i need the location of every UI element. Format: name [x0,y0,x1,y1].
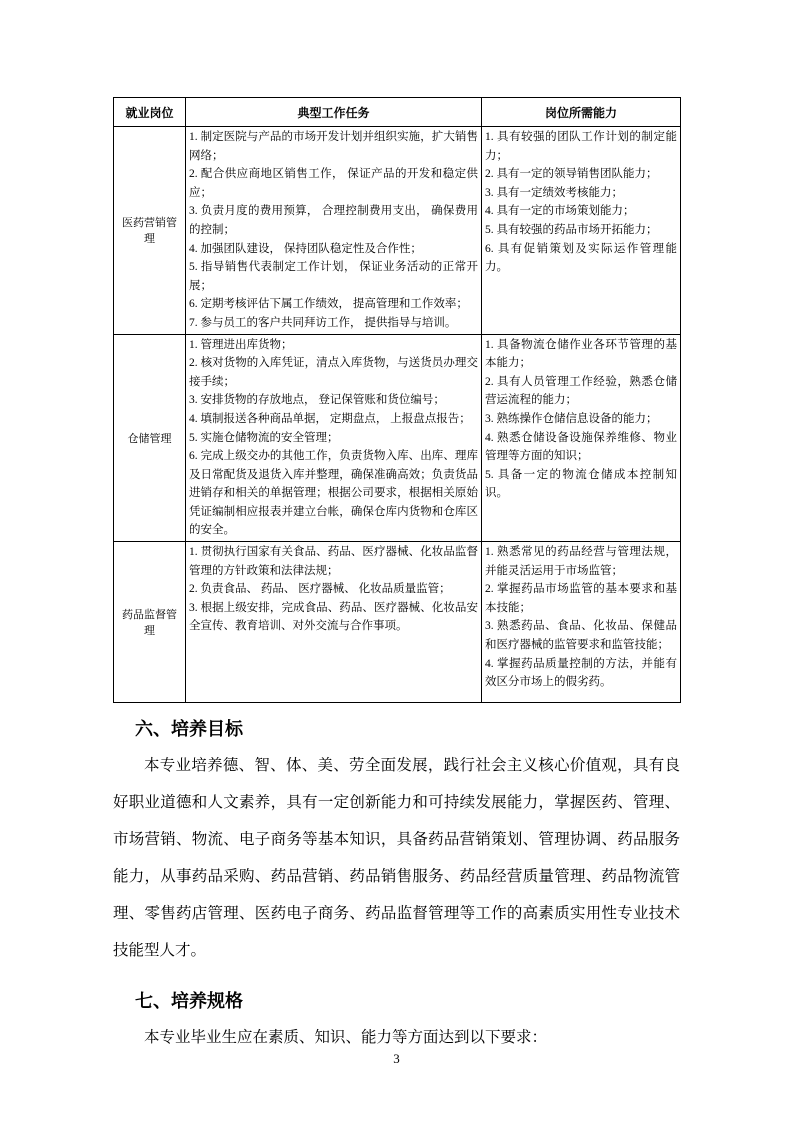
col-header-abilities: 岗位所需能力 [482,98,681,127]
section-heading-training-specifications: 七、培养规格 [135,989,680,1013]
ability-item: 4. 熟悉仓储设备设施保养维修、物业管理等方面的知识； [485,429,677,466]
task-item: 3. 安排货物的存放地点， 登记保管账和货位编号； [189,391,478,410]
ability-item: 6. 具有促销策划及实际运作管理能力。 [485,240,677,277]
position-cell: 仓储管理 [114,334,186,542]
task-item: 6. 完成上级交办的其他工作，负责货物入库、出库、理库及日常配货及退货入库并整理… [189,447,478,540]
ability-item: 3. 具有一定绩效考核能力； [485,184,677,203]
task-item: 7. 参与员工的客户共同拜访工作， 提供指导与培训。 [189,314,478,333]
table-row: 仓储管理 1. 管理进出库货物； 2. 核对货物的入库凭证，清点入库货物，与送货… [114,334,681,542]
ability-item: 2. 具有一定的领导销售团队能力； [485,165,677,184]
task-item: 2. 核对货物的入库凭证，清点入库货物，与送货员办理交接手续； [189,354,478,391]
ability-item: 4. 具有一定的市场策划能力； [485,202,677,221]
tasks-cell: 1. 贯彻执行国家有关食品、药品、医疗器械、化妆品监督管理的方针政策和法律法规；… [186,542,482,703]
page-number: 3 [0,1051,793,1067]
ability-item: 1. 熟悉常见的药品经营与管理法规，并能灵活运用于市场监管； [485,543,677,580]
col-header-position: 就业岗位 [114,98,186,127]
section-heading-training-objectives: 六、培养目标 [135,717,680,741]
ability-item: 1. 具备物流仓储作业各环节管理的基本能力； [485,336,677,373]
ability-item: 3. 熟悉药品、食品、化妆品、保健品和医疗器械的监管要求和监管技能； [485,617,677,654]
table-header-row: 就业岗位 典型工作任务 岗位所需能力 [114,98,681,127]
abilities-cell: 1. 熟悉常见的药品经营与管理法规，并能灵活运用于市场监管； 2. 掌握药品市场… [482,542,681,703]
table-row: 药品监督管理 1. 贯彻执行国家有关食品、药品、医疗器械、化妆品监督管理的方针政… [114,542,681,703]
task-item: 3. 根据上级安排，完成食品、药品、医疗器械、化妆品安全宣传、教育培训、对外交流… [189,599,478,636]
task-item: 1. 管理进出库货物； [189,336,478,355]
ability-item: 4. 掌握药品质量控制的方法，并能有效区分市场上的假劣药。 [485,655,677,692]
ability-item: 2. 具有人员管理工作经验，熟悉仓储营运流程的能力； [485,373,677,410]
position-cell: 药品监督管理 [114,542,186,703]
tasks-cell: 1. 管理进出库货物； 2. 核对货物的入库凭证，清点入库货物，与送货员办理交接… [186,334,482,542]
ability-item: 3. 熟练操作仓储信息设备的能力； [485,410,677,429]
task-item: 4. 填制报送各种商品单据， 定期盘点， 上报盘点报告； [189,410,478,429]
table-row: 医药营销管理 1. 制定医院与产品的市场开发计划并组织实施，扩大销售网络； 2.… [114,127,681,335]
ability-item: 5. 具有较强的药品市场开拓能力； [485,221,677,240]
tasks-cell: 1. 制定医院与产品的市场开发计划并组织实施，扩大销售网络； 2. 配合供应商地… [186,127,482,335]
task-item: 5. 实施仓储物流的安全管理； [189,429,478,448]
task-item: 6. 定期考核评估下属工作绩效， 提高管理和工作效率； [189,295,478,314]
ability-item: 1. 具有较强的团队工作计划的制定能力； [485,128,677,165]
task-item: 5. 指导销售代表制定工作计划， 保证业务活动的正常开展； [189,258,478,295]
task-item: 1. 贯彻执行国家有关食品、药品、医疗器械、化妆品监督管理的方针政策和法律法规； [189,543,478,580]
jobs-table: 就业岗位 典型工作任务 岗位所需能力 医药营销管理 1. 制定医院与产品的市场开… [113,97,681,703]
training-objectives-paragraph: 本专业培养德、智、体、美、劳全面发展，践行社会主义核心价值观，具有良好职业道德和… [113,747,680,969]
position-cell: 医药营销管理 [114,127,186,335]
task-item: 1. 制定医院与产品的市场开发计划并组织实施，扩大销售网络； [189,128,478,165]
abilities-cell: 1. 具有较强的团队工作计划的制定能力； 2. 具有一定的领导销售团队能力； 3… [482,127,681,335]
ability-item: 2. 掌握药品市场监管的基本要求和基本技能； [485,580,677,617]
task-item: 3. 负责月度的费用预算， 合理控制费用支出， 确保费用的控制； [189,202,478,239]
task-item: 2. 配合供应商地区销售工作， 保证产品的开发和稳定供应； [189,165,478,202]
abilities-cell: 1. 具备物流仓储作业各环节管理的基本能力； 2. 具有人员管理工作经验，熟悉仓… [482,334,681,542]
task-item: 2. 负责食品、 药品、 医疗器械、 化妆品质量监管； [189,580,478,599]
task-item: 4. 加强团队建设， 保持团队稳定性及合作性； [189,240,478,259]
col-header-tasks: 典型工作任务 [186,98,482,127]
ability-item: 5. 具备一定的物流仓储成本控制知识。 [485,466,677,503]
document-page: 就业岗位 典型工作任务 岗位所需能力 医药营销管理 1. 制定医院与产品的市场开… [0,0,793,1122]
